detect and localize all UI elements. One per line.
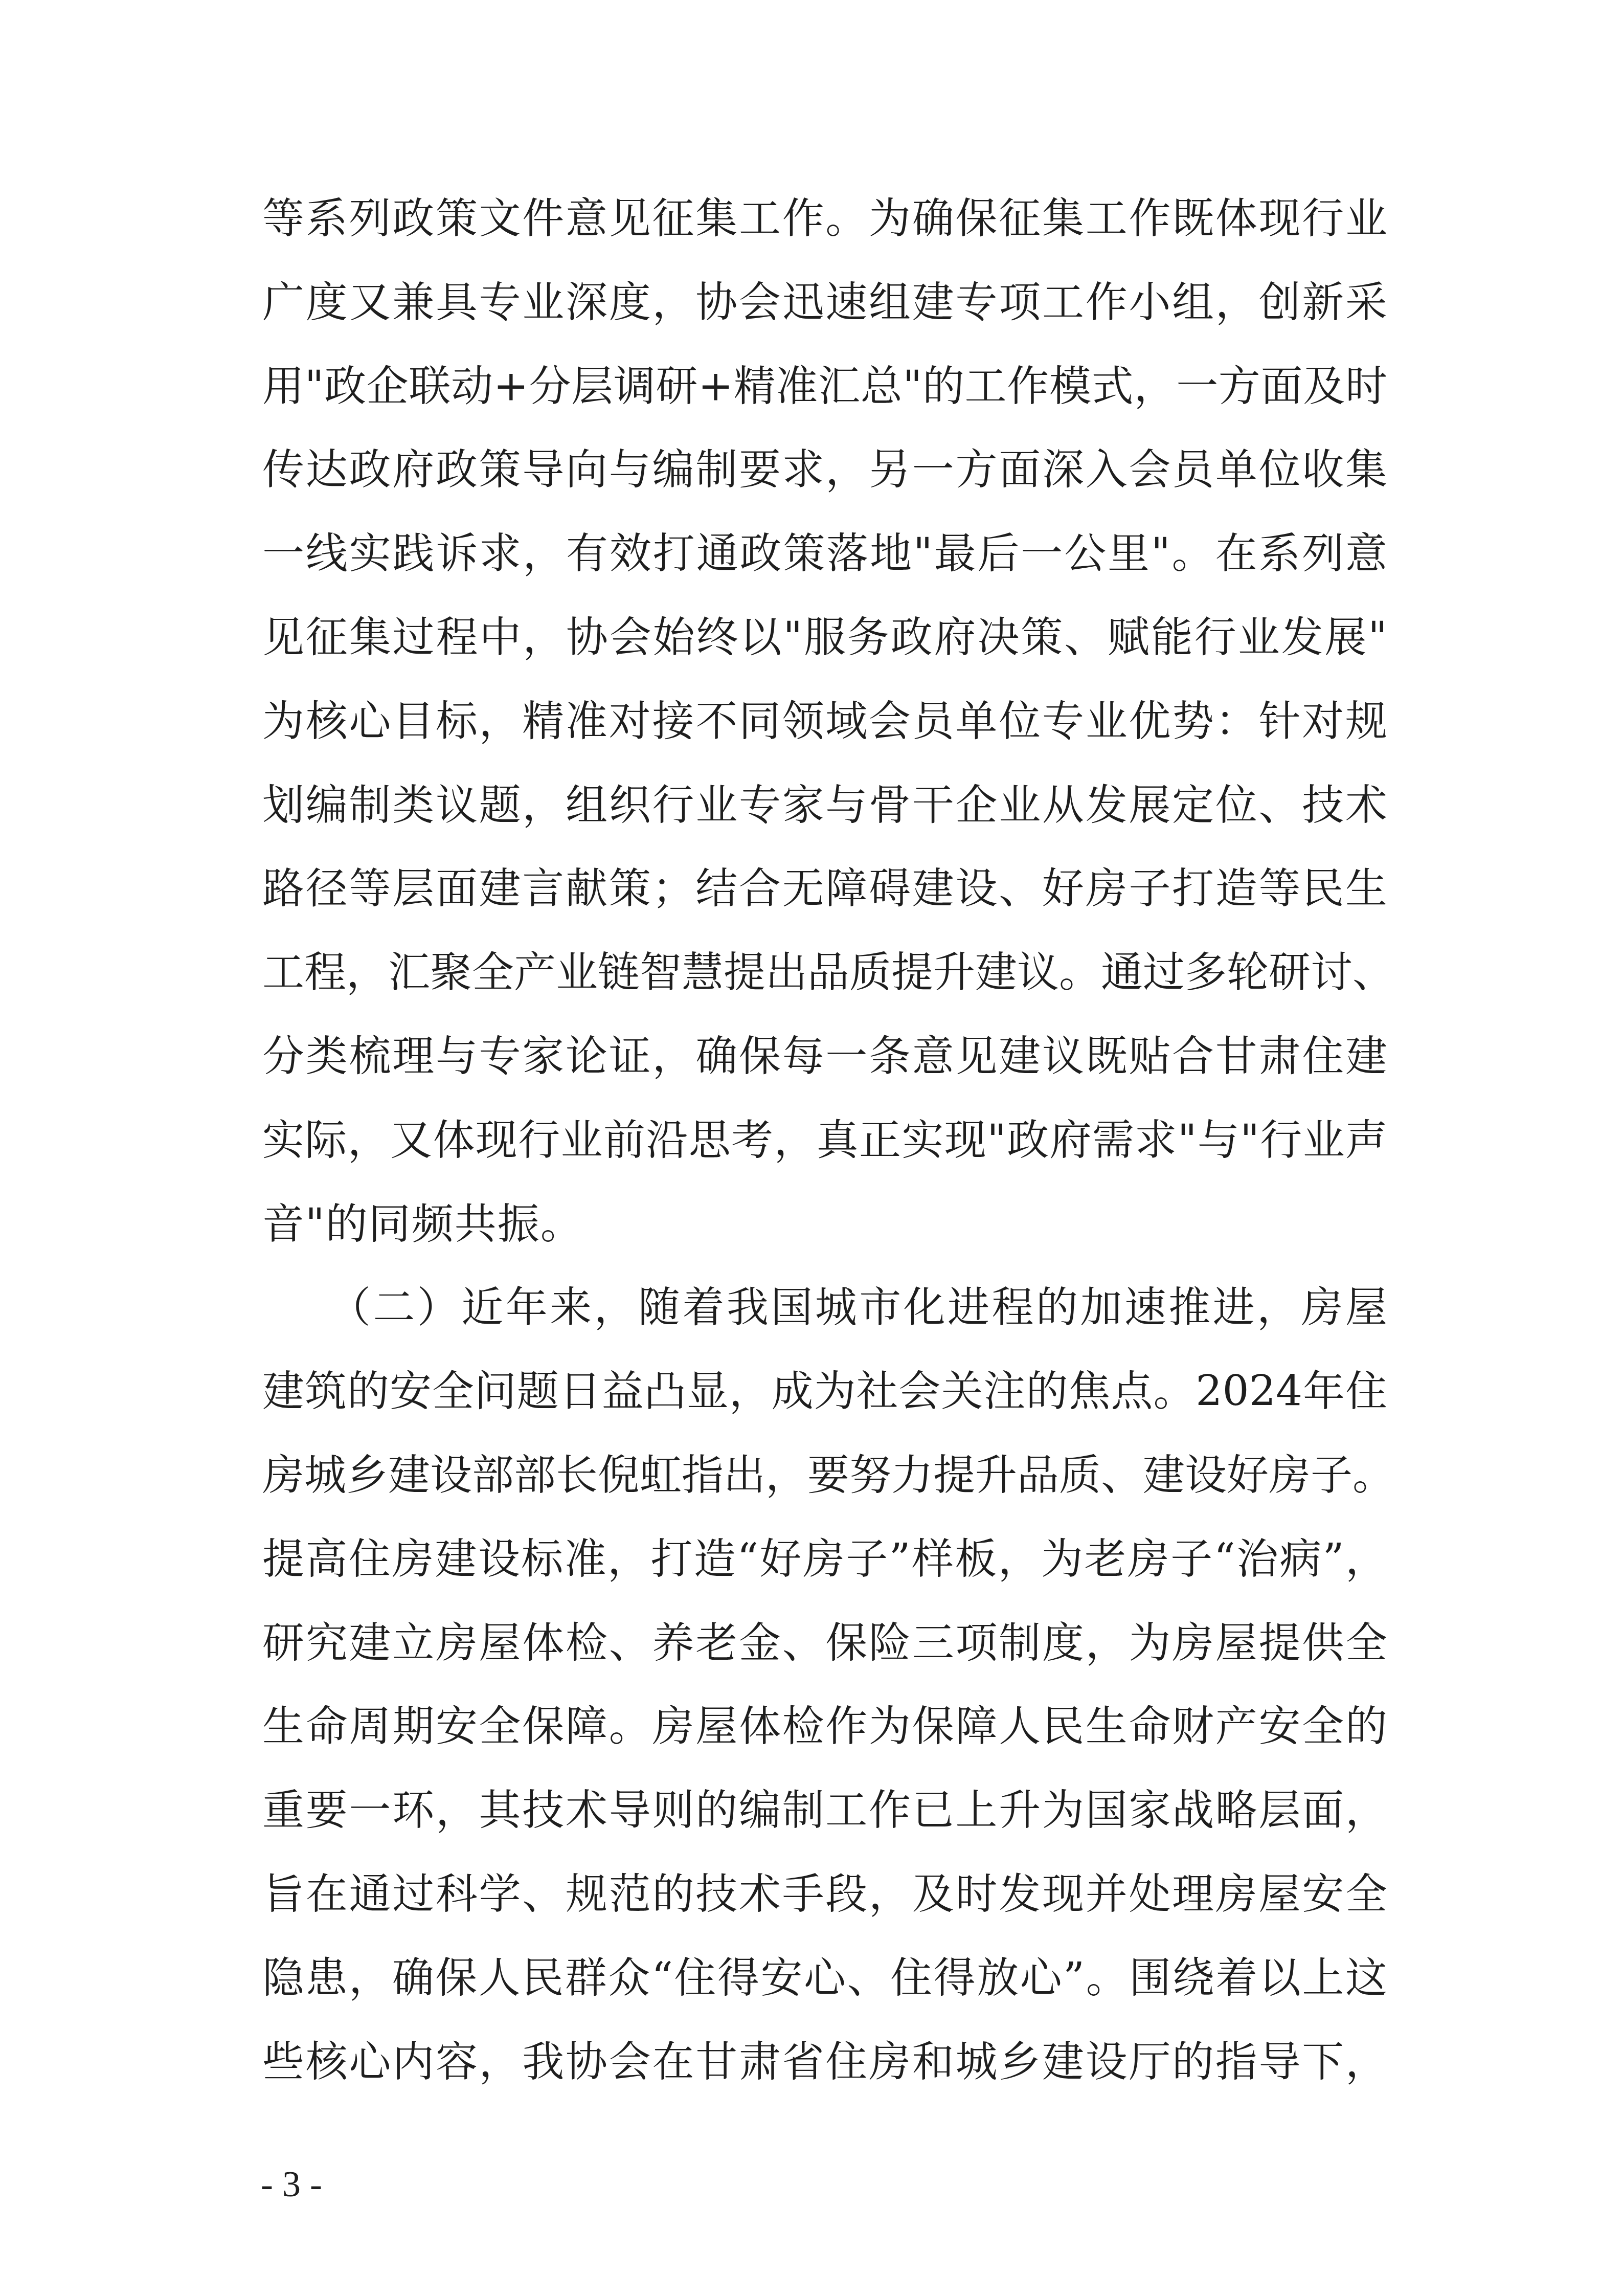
- paragraph-2-line-7: 重要一环，其技术导则的编制工作已上升为国家战略层面，: [262, 1786, 1387, 1870]
- paragraph-2-line-4: 提高住房建设标准，打造“好房子”样板，为老房子“治病”，: [262, 1535, 1387, 1619]
- paragraph-1-line-9: 路径等层面建言献策；结合无障碍建设、好房子打造等民生: [262, 864, 1387, 948]
- paragraph-2-line-9: 隐患，确保人民群众“住得安心、住得放心”。围绕着以上这: [262, 1954, 1387, 2038]
- paragraph-1-line-11: 分类梳理与专家论证，确保每一条意见建议既贴合甘肃住建: [262, 1032, 1387, 1116]
- body-text: 等系列政策文件意见征集工作。为确保征集工作既体现行业 广度又兼具专业深度，协会迅…: [262, 194, 1387, 2121]
- document-page: 等系列政策文件意见征集工作。为确保征集工作既体现行业 广度又兼具专业深度，协会迅…: [0, 0, 1623, 2296]
- paragraph-1-line-4: 传达政府政策导向与编制要求，另一方面深入会员单位收集: [262, 445, 1387, 529]
- paragraph-1-line-7: 为核心目标，精准对接不同领域会员单位专业优势：针对规: [262, 697, 1387, 781]
- paragraph-1-line-8: 划编制类议题，组织行业专家与骨干企业从发展定位、技术: [262, 781, 1387, 865]
- paragraph-2-line-3: 房城乡建设部部长倪虹指出，要努力提升品质、建设好房子。: [262, 1451, 1387, 1535]
- paragraph-2-line-10: 些核心内容，我协会在甘肃省住房和城乡建设厅的指导下，: [262, 2038, 1387, 2122]
- paragraph-2-line-8: 旨在通过科学、规范的技术手段，及时发现并处理房屋安全: [262, 1870, 1387, 1954]
- paragraph-2-line-1: （二）近年来，随着我国城市化进程的加速推进，房屋: [262, 1283, 1387, 1367]
- paragraph-1-line-10: 工程，汇聚全产业链智慧提出品质提升建议。通过多轮研讨、: [262, 948, 1387, 1032]
- paragraph-1-line-2: 广度又兼具专业深度，协会迅速组建专项工作小组，创新采: [262, 278, 1387, 362]
- paragraph-1-line-6: 见征集过程中，协会始终以"服务政府决策、赋能行业发展": [262, 613, 1387, 697]
- paragraph-1-line-1: 等系列政策文件意见征集工作。为确保征集工作既体现行业: [262, 194, 1387, 278]
- paragraph-1-line-3: 用"政企联动+分层调研+精准汇总"的工作模式，一方面及时: [262, 362, 1387, 446]
- page-number: - 3 -: [261, 2159, 322, 2209]
- paragraph-2-line-2: 建筑的安全问题日益凸显，成为社会关注的焦点。2024年住: [262, 1367, 1387, 1451]
- paragraph-1-line-13: 音"的同频共振。: [262, 1200, 1387, 1284]
- paragraph-1-line-5: 一线实践诉求，有效打通政策落地"最后一公里"。在系列意: [262, 529, 1387, 613]
- paragraph-2-line-6: 生命周期安全保障。房屋体检作为保障人民生命财产安全的: [262, 1702, 1387, 1786]
- paragraph-1-line-12: 实际，又体现行业前沿思考，真正实现"政府需求"与"行业声: [262, 1116, 1387, 1200]
- paragraph-2-line-5: 研究建立房屋体检、养老金、保险三项制度，为房屋提供全: [262, 1619, 1387, 1703]
